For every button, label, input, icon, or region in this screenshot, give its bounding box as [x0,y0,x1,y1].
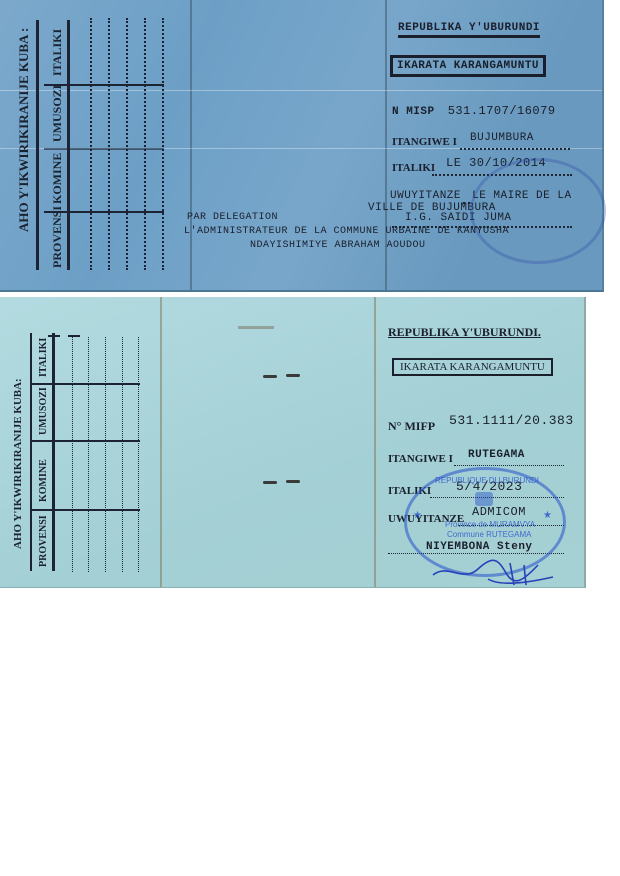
stamp-line1: REPUBLIQUE DU BURUNDI [435,476,539,485]
table-border [30,333,32,571]
country-heading: REPUBLIKA Y'UBURUNDI [398,22,540,38]
id-card-top: AHO Y'IKWIRIKIRANIJE KUBA : PROVENSI KOM… [0,0,604,292]
entry-line [162,18,164,270]
entry-line [72,337,73,572]
residence-table-title: AHO Y'IKWIRIKIRANIJE KUBA : [16,28,32,232]
entry-line [108,18,110,270]
entry-line [90,18,92,270]
tick-mark [48,335,60,337]
residence-table: AHO Y'IKWIRIKIRANIJE KUBA : PROVENSI KOM… [0,0,190,290]
staple [263,375,277,378]
residence-table: AHO Y'IKWIRIKIRANIJE KUBA: PROVENSI KOMI… [0,297,160,587]
delegation-line2: L'ADMINISTRATEUR DE LA COMMUNE URBAINE D… [184,226,509,237]
table-border [67,20,70,270]
residence-table-title: AHO Y'IKWIRIKIRANIJE KUBA: [12,378,24,549]
card-number-label: N° MIFP [388,419,435,433]
entry-line [122,337,123,572]
column-header: KOMINE [38,459,49,502]
column-header: UMUSOZI [38,387,49,435]
date-label: ITALIKI [392,162,435,174]
issued-at-label: ITANGIWE I [392,136,457,148]
column-header: PROVENSI [38,515,49,567]
issued-at-value: RUTEGAMA [468,449,525,461]
card-number-row: N° MIFP 531.1111/20.383 [388,417,574,435]
column-header: UMUSOZI [50,85,65,142]
staple [263,481,277,484]
mark [238,326,274,329]
staple [286,480,300,483]
id-card-bottom: AHO Y'IKWIRIKIRANIJE KUBA: PROVENSI KOMI… [0,297,586,588]
column-header: PROVENSI [50,206,65,268]
issued-at-label: ITANGIWE I [388,453,453,465]
column-header: KOMINE [50,153,65,204]
star-icon: ★ [543,510,552,521]
table-divider [44,148,164,150]
issued-at-value: BUJUMBURA [470,132,534,144]
tick-mark [68,335,80,337]
fold-line [160,297,162,587]
fold-line [374,297,376,587]
column-header: ITALIKI [50,29,65,76]
dotted-line [460,148,570,150]
entry-line [88,337,89,572]
signature [428,555,558,587]
fold-line [190,0,192,290]
table-divider [32,509,140,511]
stamp-line3: Commune RUTEGAMA [447,530,531,539]
entry-line [105,337,106,572]
card-number-value: 531.1707/16079 [448,104,556,118]
coat-of-arms-icon [475,492,493,506]
country-heading: REPUBLIKA Y'UBURUNDI. [388,325,541,340]
table-divider [32,440,140,442]
table-border [36,20,39,270]
column-header: ITALIKI [38,338,49,377]
card-title: IKARATA KARANGAMUNTU [392,358,553,376]
delegation-line1: PAR DELEGATION [187,212,278,223]
official-stamp-faded [470,158,606,264]
card-number-row: N MISP 531.1707/16079 [392,104,556,118]
card-number-label: N MISP [392,106,435,118]
table-border [52,333,55,571]
card-number-value: 531.1111/20.383 [449,413,574,428]
delegation-line3: NDAYISHIMIYE ABRAHAM AOUDOU [250,240,426,251]
staple [286,374,300,377]
entry-line [144,18,146,270]
stamp-line2: Province de MURAMVYA [445,520,535,529]
star-icon: ★ [413,510,422,521]
entry-line [138,337,139,572]
card-title: IKARATA KARANGAMUNTU [390,55,546,77]
entry-line [126,18,128,270]
issuer-label: UWUYITANZE [390,190,461,202]
table-divider [32,383,140,385]
dotted-line [454,465,564,466]
